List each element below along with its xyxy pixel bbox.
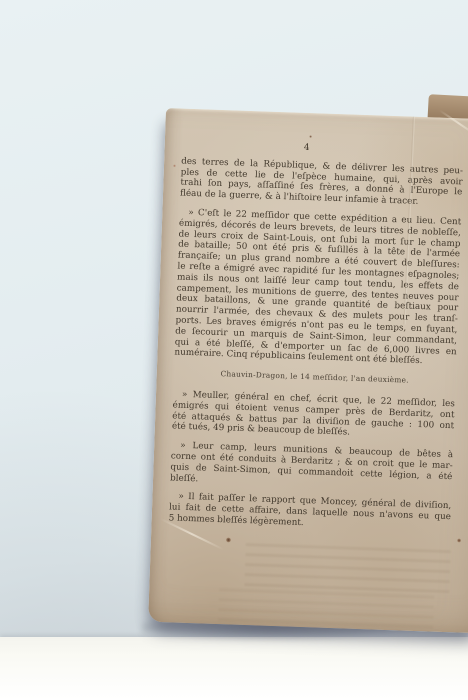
attribution-line: Chauvin-Dragon, le 14 meſſidor, l'an deu… <box>174 368 456 389</box>
stain-spot <box>226 537 231 542</box>
page-text-block: 4 des terres de la République, & de déli… <box>168 139 464 542</box>
stain-spot <box>309 135 312 138</box>
stain-spot <box>291 224 294 227</box>
paragraph: » Leur camp, leurs munitions & beaucoup … <box>170 441 453 494</box>
upper-paragraphs: des terres de la République, & de délivr… <box>174 156 463 368</box>
show-through-text <box>218 588 434 629</box>
stain-spot <box>173 164 176 167</box>
lower-paragraphs: » Meuller, général en chef, écrit que, l… <box>168 389 455 534</box>
paragraph: » Meuller, général en chef, écrit que, l… <box>172 389 455 442</box>
stain-spot <box>457 538 461 542</box>
paragraph: » Il fait paſſer le rapport que Moncey, … <box>168 492 451 534</box>
stain-spot <box>374 229 377 232</box>
paragraph: » C'eſt le 22 meſſidor que cette expédit… <box>174 208 461 369</box>
book-page: 4 des terres de la République, & de déli… <box>148 108 468 633</box>
show-through-text <box>244 543 450 594</box>
page-number: 4 <box>166 138 448 159</box>
photo-bottom-white-band <box>0 637 468 700</box>
paragraph: des terres de la République, & de délivr… <box>180 156 463 209</box>
